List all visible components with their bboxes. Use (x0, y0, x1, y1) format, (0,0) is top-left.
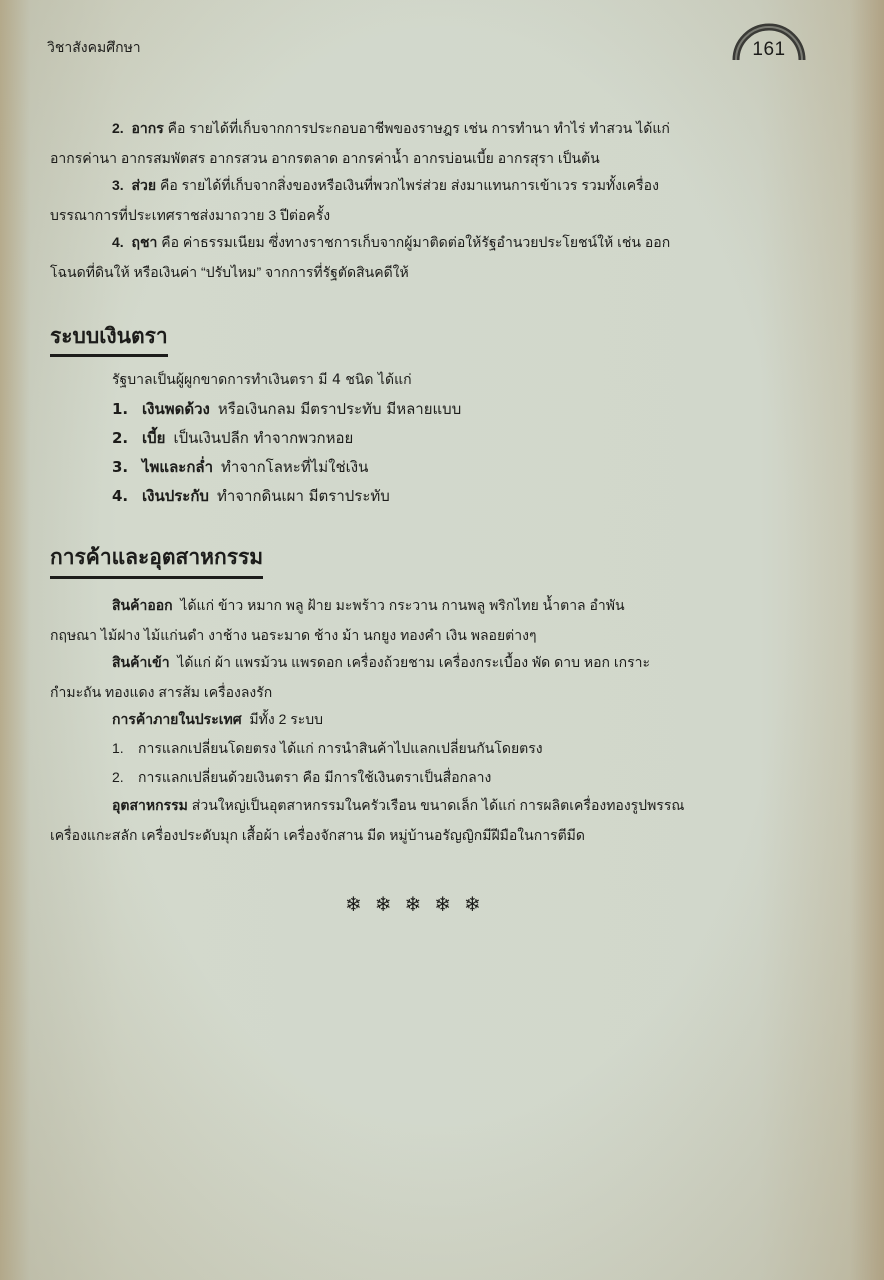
domestic-term: การค้าภายในประเทศ (112, 711, 242, 727)
exports-term: สินค้าออก (112, 597, 173, 613)
item-desc-line1: คือ ค่าธรรมเนียม ซึ่งทางราชการเก็บจากผู้… (161, 234, 670, 250)
currency-item: 1.เงินพดด้วงหรือเงินกลม มีตราประทับ มีหล… (112, 395, 461, 423)
item-term: ฤชา (131, 234, 157, 250)
imports-line2: กำมะถัน ทองแดง สารส้ม เครื่องลงรัก (50, 677, 780, 707)
currency-item: 2.เบี้ยเป็นเงินปลีก ทำจากพวกหอย (112, 424, 353, 452)
item-term: ส่วย (131, 177, 156, 193)
item-term: เงินพดด้วง (142, 400, 210, 418)
currency-item: 3.ไพและกล่ำทำจากโลหะที่ไม่ใช่เงิน (112, 453, 368, 481)
item-desc: หรือเงินกลม มีตราประทับ มีหลายแบบ (218, 400, 461, 418)
item-number: 4. (112, 482, 142, 510)
imports-term: สินค้าเข้า (112, 654, 170, 670)
section-heading-currency: ระบบเงินตรา (50, 322, 168, 357)
industry-paragraph: อุตสาหกรรม ส่วนใหญ่เป็นอุตสาหกรรมในครัวเ… (50, 790, 780, 850)
item-desc-line2: อากรค่านา อากรสมพัตสร อากรสวน อากรตลาด อ… (50, 143, 780, 173)
item-number: 2. (112, 120, 124, 136)
item-number: 2. (112, 424, 142, 452)
item-text: การแลกเปลี่ยนด้วยเงินตรา คือ มีการใช้เงิ… (138, 769, 491, 785)
domestic-item: 1.การแลกเปลี่ยนโดยตรง ได้แก่ การนำสินค้า… (112, 734, 543, 762)
item-number: 3. (112, 453, 142, 481)
industry-term: อุตสาหกรรม (112, 797, 188, 813)
item-desc-line2: บรรณาการที่ประเทศราชส่งมาถวาย 3 ปีต่อครั… (50, 200, 780, 230)
running-header-subject: วิชาสังคมศึกษา (47, 37, 141, 59)
revenue-item-4: 4. ฤชา คือ ค่าธรรมเนียม ซึ่งทางราชการเก็… (50, 227, 780, 287)
item-desc-line1: คือ รายได้ที่เก็บจากการประกอบอาชีพของราษ… (168, 120, 670, 136)
item-number: 2. (112, 763, 138, 791)
item-desc-line2: โฉนดที่ดินให้ หรือเงินค่า “ปรับไหม” จากก… (50, 257, 780, 287)
item-desc-line1: คือ รายได้ที่เก็บจากสิ่งของหรือเงินที่พว… (160, 177, 659, 193)
industry-line2: เครื่องแกะสลัก เครื่องประดับมุก เสื้อผ้า… (50, 820, 780, 850)
revenue-item-2: 2. อากร คือ รายได้ที่เก็บจากการประกอบอาช… (50, 113, 780, 173)
exports-line1: ได้แก่ ข้าว หมาก พลู ฝ้าย มะพร้าว กระวาน… (180, 597, 624, 613)
exports-paragraph: สินค้าออก ได้แก่ ข้าว หมาก พลู ฝ้าย มะพร… (50, 590, 780, 650)
imports-paragraph: สินค้าเข้า ได้แก่ ผ้า แพรม้วน แพรดอก เคร… (50, 647, 780, 707)
snowflake-asterisk-icon: ❄❄❄❄❄ (345, 892, 494, 916)
domestic-desc: มีทั้ง 2 ระบบ (249, 711, 323, 727)
page-number-badge: 161 (732, 22, 806, 62)
item-term: เงินประกับ (142, 487, 209, 505)
item-term: อากร (131, 120, 163, 136)
item-desc: เป็นเงินปลีก ทำจากพวกหอย (173, 429, 353, 447)
book-page: วิชาสังคมศึกษา 161 2. อากร คือ รายได้ที่… (0, 0, 884, 1280)
item-desc: ทำจากโลหะที่ไม่ใช่เงิน (221, 458, 368, 476)
item-term: ไพและกล่ำ (142, 458, 213, 476)
currency-item: 4.เงินประกับทำจากดินเผา มีตราประทับ (112, 482, 390, 510)
item-number: 3. (112, 177, 124, 193)
item-number: 4. (112, 234, 124, 250)
page-number: 161 (732, 39, 806, 61)
section-heading-trade: การค้าและอุตสาหกรรม (50, 544, 263, 579)
industry-line1: ส่วนใหญ่เป็นอุตสาหกรรมในครัวเรือน ขนาดเล… (192, 797, 685, 813)
domestic-item: 2.การแลกเปลี่ยนด้วยเงินตรา คือ มีการใช้เ… (112, 763, 491, 791)
item-text: การแลกเปลี่ยนโดยตรง ได้แก่ การนำสินค้าไป… (138, 740, 543, 756)
item-term: เบี้ย (142, 429, 165, 447)
item-number: 1. (112, 734, 138, 762)
revenue-item-3: 3. ส่วย คือ รายได้ที่เก็บจากสิ่งของหรือเ… (50, 170, 780, 230)
item-number: 1. (112, 395, 142, 423)
item-desc: ทำจากดินเผา มีตราประทับ (217, 487, 390, 505)
exports-line2: กฤษณา ไม้ฝาง ไม้แก่นดำ งาช้าง นอระมาด ช้… (50, 620, 780, 650)
imports-line1: ได้แก่ ผ้า แพรม้วน แพรดอก เครื่องถ้วยชาม… (177, 654, 650, 670)
domestic-trade-heading: การค้าภายในประเทศ มีทั้ง 2 ระบบ (112, 705, 323, 733)
currency-intro: รัฐบาลเป็นผู้ผูกขาดการทำเงินตรา มี 4 ชนิ… (112, 366, 412, 394)
